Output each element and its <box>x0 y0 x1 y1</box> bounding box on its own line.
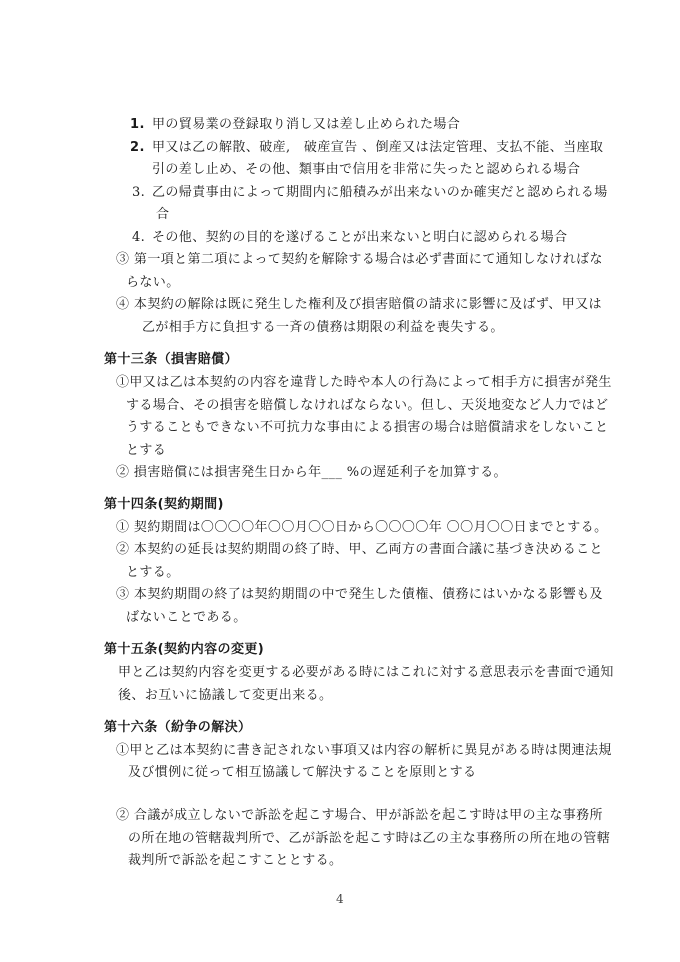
clause-3-continuation: らない。 <box>126 275 180 291</box>
article-16-line: ①甲と乙は本契約に書き記されない事項又は内容の解析に異見がある時は関連法規 <box>116 743 612 759</box>
clause-4-continuation: 乙が相手方に負担する一斉の債務は期限の利益を喪失する。 <box>142 320 504 336</box>
article-16-line: 裁判所で訴訟を起こすこととする。 <box>128 853 342 869</box>
article-13-line: うすることもできない不可抗力な事由による損害の場合は賠償請求をしないこと <box>126 420 608 436</box>
article-16-title: 第十六条（紛争の解決） <box>104 720 251 736</box>
article-14-line: ③ 本契約期間の終了は契約期間の中で発生した債権、債務にはいかなる影響も及 <box>116 587 603 603</box>
article-16-line: の所在地の管轄裁判所で、乙が訴訟を起こす時は乙の主な事務所の所在地の管轄 <box>128 831 610 847</box>
item-2-continuation: 引の差し止め、その他、類事由で信用を非常に失ったと認められる場合 <box>152 162 580 178</box>
item-3-text: 乙の帰責事由によって期間内に船積みが出来ないのか確実だと認められる場 <box>152 185 608 201</box>
item-2-number: 2. <box>130 140 145 156</box>
clause-4-text: ④ 本契約の解除は既に発生した権利及び損害賠償の請求に影響に及ばず、甲又は <box>116 297 602 313</box>
article-13-line: する場合、その損害を賠償しなければならない。但し、天災地変など人力ではど <box>126 398 608 414</box>
clause-3-text: ③ 第一項と第二項によって契約を解除する場合は必ず書面にて通知しなければな <box>116 252 603 268</box>
item-4-number: 4. <box>132 230 145 246</box>
article-15-line: 甲と乙は契約内容を変更する必要がある時にはこれに対する意思表示を書面で通知 <box>118 665 614 681</box>
article-14-line: ② 本契約の延長は契約期間の終了時、甲、乙両方の書面合議に基づき決めること <box>116 542 603 558</box>
item-3-continuation: 合 <box>156 207 169 223</box>
article-14-line: ばないことである。 <box>126 610 247 626</box>
item-1-text: 甲の貿易業の登録取り消し又は差し止められた場合 <box>152 117 460 133</box>
article-15-title: 第十五条(契約内容の変更) <box>104 642 264 658</box>
article-14-line: ① 契約期間は〇〇〇〇年〇〇月〇〇日から〇〇〇〇年 〇〇月〇〇日までとする。 <box>116 520 607 536</box>
article-13-line: ①甲又は乙は本契約の内容を違背した時や本人の行為によって相手方に損害が発生 <box>116 375 612 391</box>
item-3-number: 3. <box>132 185 145 201</box>
page-number: 4 <box>336 892 344 906</box>
item-1-number: 1. <box>130 117 145 133</box>
article-15-line: 後、お互いに協議して変更出来る。 <box>118 688 332 704</box>
article-13-line: とする <box>126 443 166 459</box>
article-13-title: 第十三条（損害賠償） <box>104 352 238 368</box>
article-16-line: ② 合議が成立しないで訴訟を起こす場合、甲が訴訟を起こす時は甲の主な事務所 <box>116 808 603 824</box>
article-14-line: とする。 <box>126 565 180 581</box>
item-2-text: 甲又は乙の解散、破産, 破産宣告 、倒産又は法定管理、支払不能、当座取 <box>152 140 603 156</box>
item-4-text: その他、契約の目的を遂げることが出来ないと明白に認められる場合 <box>152 230 567 246</box>
article-14-title: 第十四条(契約期間) <box>104 497 224 513</box>
article-16-line: 及び慣例に従って相互協議して解決することを原則とする <box>128 765 476 781</box>
article-13-line: ② 損害賠償には損害発生日から年___ %の遅延利子を加算する。 <box>116 465 507 481</box>
document-page: 1. 甲の貿易業の登録取り消し又は差し止められた場合 2. 甲又は乙の解散、破産… <box>0 0 680 962</box>
